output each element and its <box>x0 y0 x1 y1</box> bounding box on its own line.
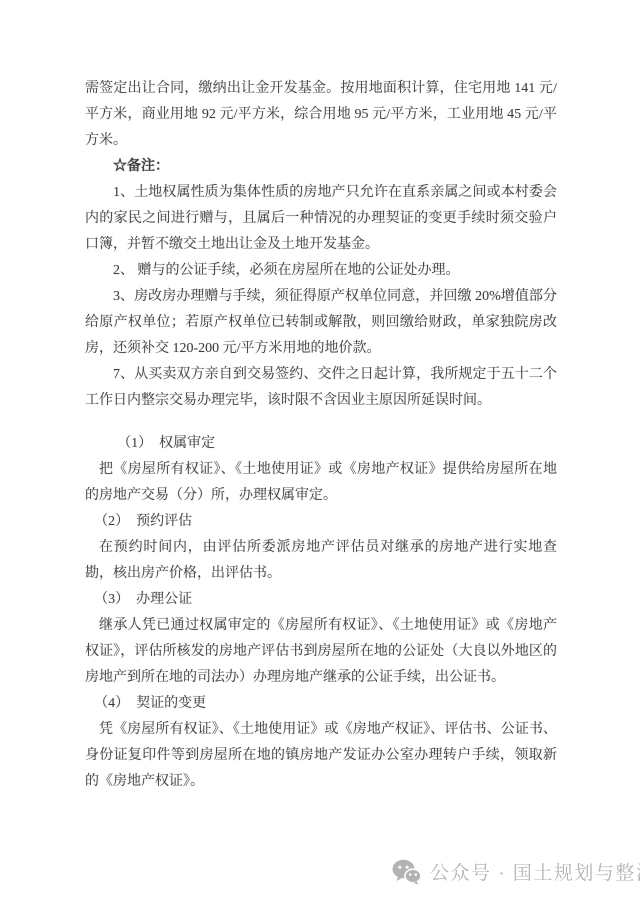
list-item-2: 2、 赠与的公证手续，必须在房屋所在地的公证处办理。 <box>85 258 557 284</box>
intro-paragraph: 需签定出让合同，缴纳出让金开发基金。按用地面积计算，住宅用地 141 元/平方米… <box>85 76 557 154</box>
list-item-1: 1、土地权属性质为集体性质的房地产只允许在直系亲属之间或本村委会内的家民之间进行… <box>85 180 557 258</box>
list-item-3: 3、房改房办理赠与手续，须征得原产权单位同意，并回缴 20%增值部分给原产权单位… <box>85 284 557 362</box>
subsection-heading-4: （4） 契证的变更 <box>85 691 557 717</box>
subsection-body-3: 继承人凭已通过权属审定的《房屋所有权证》、《土地使用证》或《房地产权证》，评估所… <box>85 613 557 691</box>
note-heading: ☆备注： <box>85 154 557 180</box>
subsection-heading-3: （3） 办理公证 <box>85 587 557 613</box>
list-item-7: 7、从买卖双方亲自到交易签约、交件之日起计算，我所规定于五十二个工作日内整宗交易… <box>85 362 557 414</box>
subsection-body-1: 把《房屋所有权证》、《土地使用证》或《房地产权证》提供给房屋所在地的房地产交易（… <box>85 457 557 509</box>
watermark-text: 公众号 · 国土规划与整治 <box>430 858 640 885</box>
subsection-heading-2: （2） 预约评估 <box>85 509 557 535</box>
subsection-body-2: 在预约时间内，由评估所委派房地产评估员对继承的房地产进行实地查勘，核出房产价格，… <box>85 535 557 587</box>
subsection-heading-1: （1） 权属审定 <box>85 431 557 457</box>
wechat-icon <box>392 859 421 885</box>
subsection-body-4: 凭《房屋所有权证》、《土地使用证》或《房地产权证》、评估书、公证书、身份证复印件… <box>85 717 557 795</box>
document-page: 需签定出让合同，缴纳出让金开发基金。按用地面积计算，住宅用地 141 元/平方米… <box>85 76 557 795</box>
watermark: 公众号 · 国土规划与整治 <box>392 858 640 885</box>
